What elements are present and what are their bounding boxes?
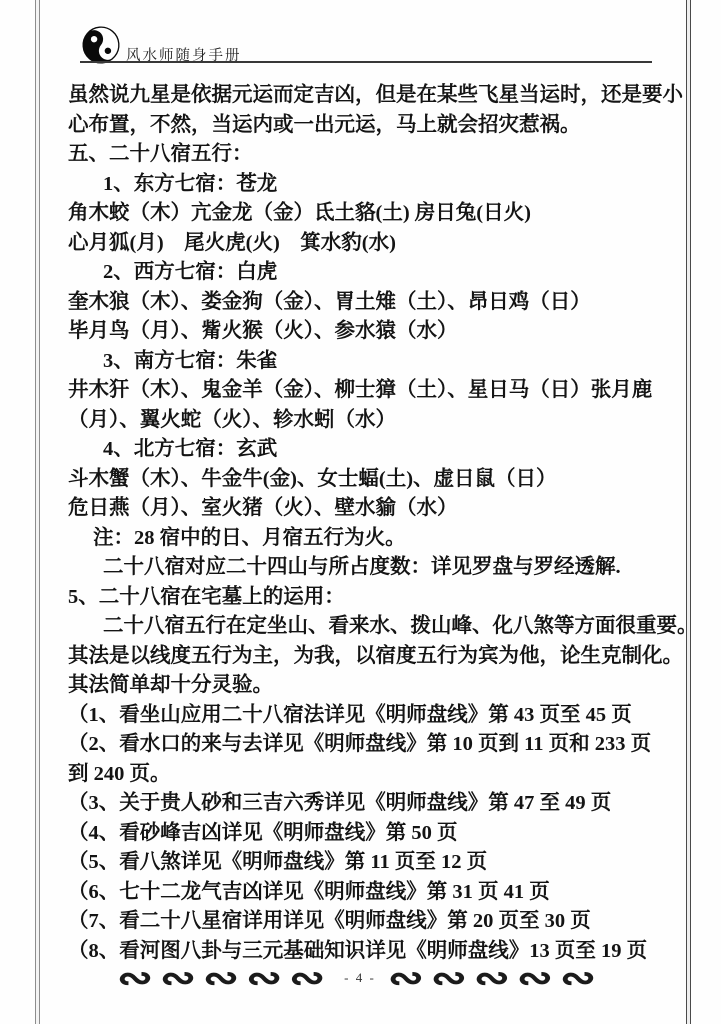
ref-item-3: （3、关于贵人砂和三吉六秀详见《明师盘线》第 47 至 49 页 — [68, 789, 688, 819]
scanned-document-page: 风水师随身手册 虽然说九星是依据元运而定吉凶，但是在某些飞星当运时，还是要小 心… — [0, 0, 721, 1024]
ref-item-5: （5、看八煞详见《明师盘线》第 11 页至 12 页 — [68, 848, 688, 878]
para-nine-stars-line-2: 心布置，不然，当运内或一出元运，马上就会招灾惹祸。 — [68, 111, 688, 141]
north-mansions-list-line-1: 斗木蟹（木）、牛金牛(金)、女士蝠(土)、虚日鼠（日） — [68, 465, 688, 495]
ref-item-2-line-1: （2、看水口的来与去详见《明师盘线》第 10 页到 11 页和 233 页 — [68, 730, 688, 760]
header-divider-rule — [80, 61, 652, 63]
page-footer: ∾∾∾∾∾ - 4 - ∾∾∾∾∾ — [40, 952, 680, 1004]
taiji-yinyang-icon — [74, 18, 128, 72]
east-mansions-list-line-2: 心月狐(月) 尾火虎(火) 箕水豹(水) — [68, 229, 688, 259]
section-heading-application: 5、二十八宿在宅墓上的运用： — [68, 583, 688, 613]
para-application-line-3: 其法简单却十分灵验。 — [68, 671, 688, 701]
page-left-edge-line — [35, 0, 40, 1024]
west-mansions-list-line-1: 奎木狼（木）、娄金狗（金）、胃土雉（土）、昂日鸡（日） — [68, 288, 688, 318]
ref-item-2-line-2: 到 240 页。 — [68, 760, 688, 790]
note-sun-moon-fire: 注：28 宿中的日、月宿五行为火。 — [68, 524, 688, 554]
south-mansions-list-line-2: （月）、翼火蛇（火）、轸水蚓（水） — [68, 406, 688, 436]
footer-swirl-ornament-left: ∾∾∾∾∾ — [117, 956, 332, 1000]
east-mansions-list-line-1: 角木蛟（木）亢金龙（金）氐土貉(土) 房日兔(日火) — [68, 199, 688, 229]
section-heading-28-mansions-wuxing: 五、二十八宿五行： — [68, 140, 688, 170]
subheading-north-seven-mansions: 4、北方七宿：玄武 — [68, 435, 688, 465]
note-24-mountains-reference: 二十八宿对应二十四山与所占度数：详见罗盘与罗经透解. — [68, 553, 688, 583]
ref-item-6: （6、七十二龙气吉凶详见《明师盘线》第 31 页 41 页 — [68, 878, 688, 908]
north-mansions-list-line-2: 危日燕（月）、室火猪（火）、壁水貐（水） — [68, 494, 688, 524]
ref-item-1: （1、看坐山应用二十八宿法详见《明师盘线》第 43 页至 45 页 — [68, 701, 688, 731]
para-application-line-1: 二十八宿五行在定坐山、看来水、拨山峰、化八煞等方面很重要。 — [68, 612, 688, 642]
south-mansions-list-line-1: 井木犴（木）、鬼金羊（金）、柳士獐（土）、星日马（日）张月鹿 — [68, 376, 688, 406]
subheading-south-seven-mansions: 3、南方七宿：朱雀 — [68, 347, 688, 377]
page-number: - 4 - — [342, 970, 378, 986]
ref-item-7: （7、看二十八星宿详用详见《明师盘线》第 20 页至 30 页 — [68, 907, 688, 937]
ref-item-4: （4、看砂峰吉凶详见《明师盘线》第 50 页 — [68, 819, 688, 849]
subheading-east-seven-mansions: 1、东方七宿：苍龙 — [68, 170, 688, 200]
footer-swirl-ornament-right: ∾∾∾∾∾ — [388, 956, 603, 1000]
page-header: 风水师随身手册 — [82, 24, 652, 64]
document-body: 虽然说九星是依据元运而定吉凶，但是在某些飞星当运时，还是要小 心布置，不然，当运… — [68, 81, 688, 966]
subheading-west-seven-mansions: 2、西方七宿：白虎 — [68, 258, 688, 288]
west-mansions-list-line-2: 毕月鸟（月）、觜火猴（火）、参水猿（水） — [68, 317, 688, 347]
para-nine-stars-line-1: 虽然说九星是依据元运而定吉凶，但是在某些飞星当运时，还是要小 — [68, 81, 688, 111]
para-application-line-2: 其法是以线度五行为主，为我，以宿度五行为宾为他，论生克制化。 — [68, 642, 688, 672]
